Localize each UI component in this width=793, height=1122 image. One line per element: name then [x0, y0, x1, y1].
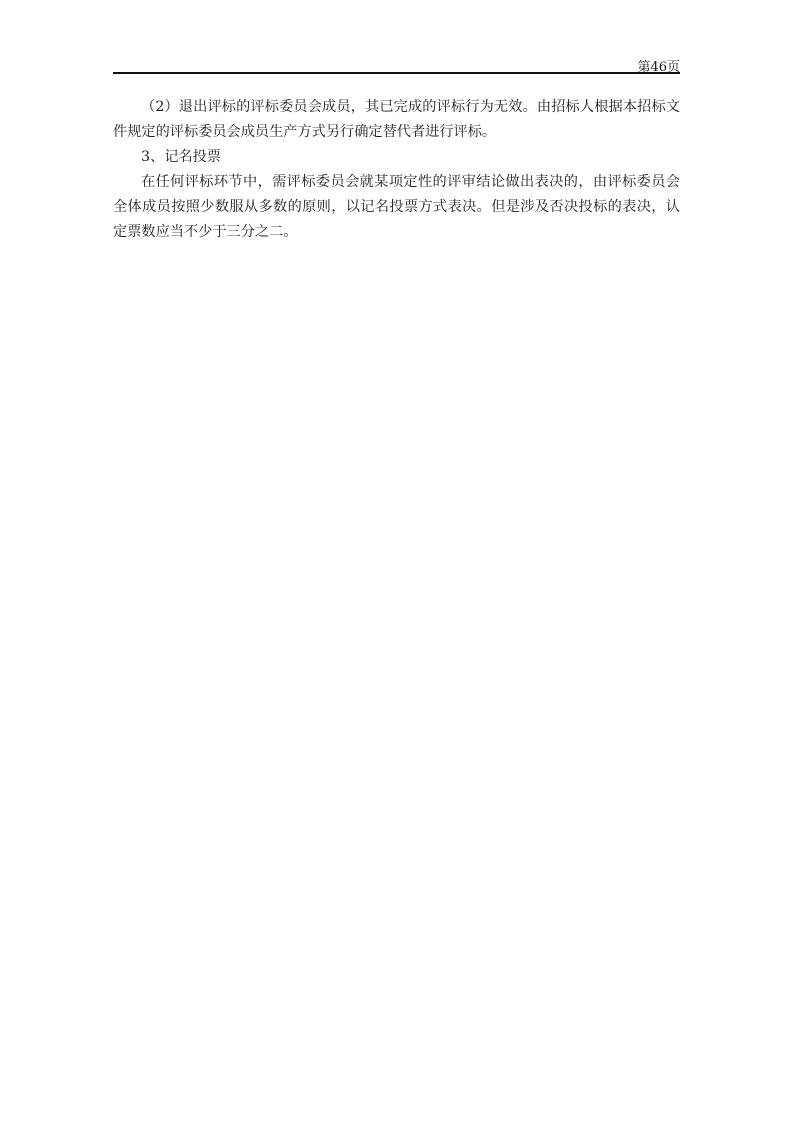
- header-divider: [113, 72, 680, 74]
- section-heading-roll-call-vote: 3、记名投票: [113, 145, 680, 170]
- paragraph-voting-rule: 在任何评标环节中，需评标委员会就某项定性的评审结论做出表决的，由评标委员会全体成…: [113, 170, 680, 245]
- paragraph-withdrawal-clause: （2）退出评标的评标委员会成员，其已完成的评标行为无效。由招标人根据本招标文件规…: [113, 95, 680, 145]
- document-body: （2）退出评标的评标委员会成员，其已完成的评标行为无效。由招标人根据本招标文件规…: [113, 95, 680, 245]
